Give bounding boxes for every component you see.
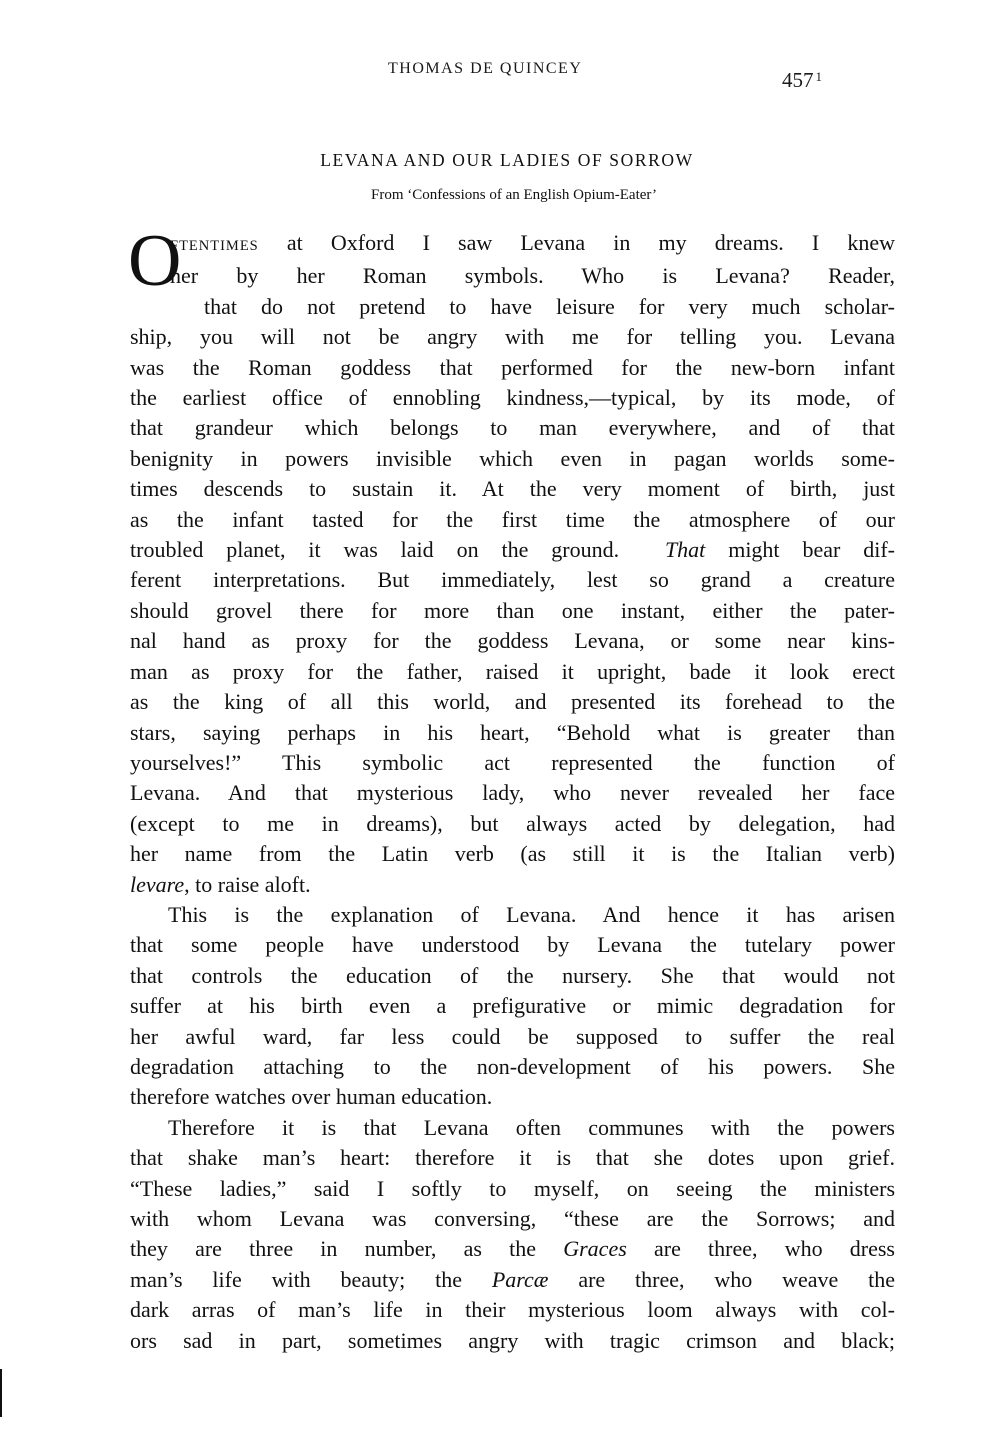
text-line: that do not pretend to have leisure for … [130,292,895,322]
text-line: ferent interpretations. But immediately,… [130,565,895,595]
text-fragment: at Oxford I saw Levana in my dreams. I k… [259,230,895,255]
italic-levare: levare [130,872,184,897]
text-fragment: they are three in number, as the [130,1236,563,1261]
text-line: degradation attaching to the non-develop… [130,1052,895,1082]
body-text: O FTENTIMES at Oxford I saw Levana in my… [130,228,895,1356]
opening-smallcaps: FTENTIMES [170,238,259,254]
text-line: FTENTIMES at Oxford I saw Levana in my d… [130,228,895,261]
text-line: ors sad in part, sometimes angry with tr… [130,1326,895,1356]
text-fragment: are three, who weave the [548,1267,895,1292]
margin-rule [0,1369,2,1417]
text-line: levare, to raise aloft. [130,870,895,900]
text-line: should grovel there for more than one in… [130,596,895,626]
text-line: her awful ward, far less could be suppos… [130,1022,895,1052]
text-line: This is the explanation of Levana. And h… [130,900,895,930]
text-fragment: are three, who dress [627,1236,895,1261]
italic-parcae: Parcæ [492,1267,549,1292]
paragraph-1: FTENTIMES at Oxford I saw Levana in my d… [130,228,895,900]
text-line: troubled planet, it was laid on the grou… [130,535,895,565]
text-line: was the Roman goddess that performed for… [130,353,895,383]
section-subtitle: From ‘Confessions of an English Opium-Ea… [0,187,1000,204]
text-line: man as proxy for the father, raised it u… [130,657,895,687]
running-head: THOMAS DE QUINCEY 4571 [0,60,1000,90]
paragraph-3: Therefore it is that Levana often commun… [130,1113,895,1356]
text-line: times descends to sustain it. At the ver… [130,474,895,504]
text-line: suffer at his birth even a prefigurative… [130,991,895,1021]
text-line: that some people have understood by Leva… [130,930,895,960]
text-line: as the king of all this world, and prese… [130,687,895,717]
text-line: that controls the education of the nurse… [130,961,895,991]
text-line: yourselves!” This symbolic act represent… [130,748,895,778]
text-line: man’s life with beauty; the Parcæ are th… [130,1265,895,1295]
text-line: nal hand as proxy for the goddess Levana… [130,626,895,656]
paragraph-2: This is the explanation of Levana. And h… [130,900,895,1113]
text-line: (except to me in dreams), but always act… [130,809,895,839]
text-line: her by her Roman symbols. Who is Levana?… [130,261,895,291]
text-line: Levana. And that mysterious lady, who ne… [130,778,895,808]
text-line: that shake man’s heart: therefore it is … [130,1143,895,1173]
text-line: benignity in powers invisible which even… [130,444,895,474]
italic-graces: Graces [563,1236,627,1261]
running-title: THOMAS DE QUINCEY [388,60,582,78]
drop-cap: O [128,232,181,290]
text-line: her name from the Latin verb (as still i… [130,839,895,869]
italic-that: That [665,537,705,562]
text-fragment: troubled planet, it was laid on the grou… [130,537,619,562]
text-fragment: man’s life with beauty; the [130,1267,492,1292]
page-number: 4571 [782,68,822,93]
text-line: with whom Levana was conversing, “these … [130,1204,895,1234]
text-line: therefore watches over human education. [130,1082,895,1112]
text-line: dark arras of man’s life in their myster… [130,1295,895,1325]
text-line: ship, you will not be angry with me for … [130,322,895,352]
text-line: stars, saying perhaps in his heart, “Beh… [130,718,895,748]
text-line: “These ladies,” said I softly to myself,… [130,1174,895,1204]
page-number-superscript: 1 [816,69,823,84]
text-line: Therefore it is that Levana often commun… [130,1113,895,1143]
text-fragment: might bear dif- [705,537,895,562]
text-line: that grandeur which belongs to man every… [130,413,895,443]
text-line: they are three in number, as the Graces … [130,1234,895,1264]
text-line: the earliest office of ennobling kindnes… [130,383,895,413]
page-number-value: 457 [782,68,814,92]
text-fragment: , to raise aloft. [184,872,310,897]
text-line: as the infant tasted for the first time … [130,505,895,535]
section-title: LEVANA AND OUR LADIES OF SORROW [0,150,1000,171]
